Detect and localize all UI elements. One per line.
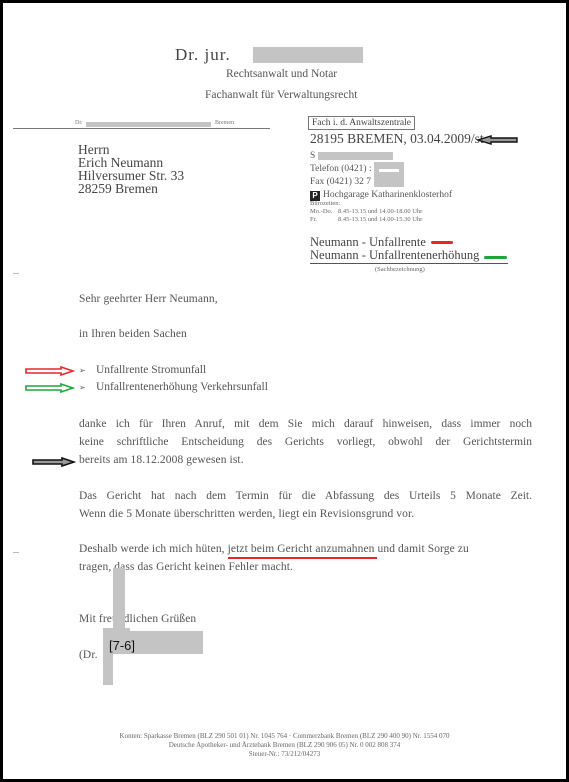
office-hours-label: Bürozeiten: (310, 200, 340, 207)
bullet-item: ➢Unfallrentenerhöhung Verkehrsunfall (79, 381, 268, 393)
black-arrow-left-icon (477, 135, 519, 145)
letter-page: Dr. jur. Rechtsanwalt und Notar Fachanwa… (3, 3, 566, 779)
sender-divider (13, 128, 270, 129)
paragraph-3-line: tragen, dass das Gericht keinen Fehler m… (79, 561, 293, 573)
redaction-vertical-top (113, 568, 125, 628)
office-hours-row: Mo.-Do.8.45-13.15 und 14.00-18.00 Uhr (310, 208, 422, 215)
black-arrow-right-icon (32, 457, 76, 467)
annotation-label: [7-6] (109, 638, 135, 653)
recipient-city: 28259 Bremen (78, 182, 184, 195)
paragraph-3-line: Deshalb werde ich mich hüten, jetzt beim… (79, 543, 469, 555)
green-arrow-right-icon (25, 383, 75, 393)
bullet-item: ➢Unfallrente Stromunfall (79, 364, 206, 376)
paragraph-1-line: bereits am 18.12.2008 gewesen ist. (79, 454, 244, 466)
redaction-vertical-bottom (103, 653, 113, 685)
redaction-phone-fax (374, 162, 404, 187)
paragraph-2-line: Wenn die 5 Monate überschritten werden, … (79, 508, 414, 520)
redaction-lawyer-name (253, 47, 363, 63)
date-line: 28195 BREMEN, 03.04.2009/st (310, 131, 484, 147)
subject-divider (310, 263, 508, 264)
signature: (Dr. (79, 649, 98, 661)
paragraph-1-line: danke ich für Ihren Anruf, mit dem Sie m… (79, 418, 532, 430)
subject-caption: (Sachbezeichnung) (375, 266, 425, 273)
footer-bank-line-2: Deutsche Apotheker- und Ärztebank Bremen… (3, 741, 566, 749)
sender-line-city: Bremen (215, 120, 234, 126)
mailbox-label: Fach i. d. Anwaltszentrale (308, 116, 415, 130)
contact-street: S (310, 151, 315, 161)
recipient-address: Herrn Erich Neumann Hilversumer Str. 33 … (78, 143, 184, 195)
redaction-gap (379, 169, 399, 172)
office-hours-row: Fr.8.45-13.15 und 14.00-15.30 Uhr (310, 216, 422, 223)
paragraph-2-line: Das Gericht hat nach dem Termin für die … (79, 490, 532, 502)
sender-line-prefix: Dr. (75, 120, 83, 126)
fold-mark (13, 273, 19, 274)
footer-tax-number: Steuer-Nr.: 73/212/04273 (3, 750, 566, 758)
letterhead-specialty: Fachanwalt für Verwaltungsrecht (205, 89, 357, 101)
greeting: Sehr geehrter Herr Neumann, (79, 293, 218, 305)
green-marker (484, 256, 507, 259)
red-arrow-right-icon (25, 366, 75, 376)
red-underline (228, 557, 377, 559)
intro: in Ihren beiden Sachen (79, 328, 187, 340)
contact-fax: Fax (0421) 32 7 (310, 177, 371, 187)
closing: Mit freundlichen Grüßen (79, 613, 196, 625)
letterhead-name: Dr. jur. (175, 45, 231, 65)
footer-bank-line-1: Konten: Sparkasse Bremen (BLZ 290 501 01… (3, 732, 566, 740)
subject-line-2: Neumann - Unfallrentenerhöhung (310, 248, 479, 263)
fold-mark (13, 552, 19, 553)
redaction-sender-name (86, 122, 211, 127)
redaction-street (318, 152, 393, 160)
highlighted-phrase: jetzt beim Gericht anzumahnen (228, 543, 375, 555)
contact-phone: Telefon (0421) : (310, 164, 372, 174)
red-marker (431, 241, 453, 244)
paragraph-1-line: keine schriftliche Entscheidung des Geri… (79, 436, 532, 448)
letterhead-title: Rechtsanwalt und Notar (226, 68, 337, 80)
parking-text: Hochgarage Katharinenklosterhof (323, 190, 452, 200)
